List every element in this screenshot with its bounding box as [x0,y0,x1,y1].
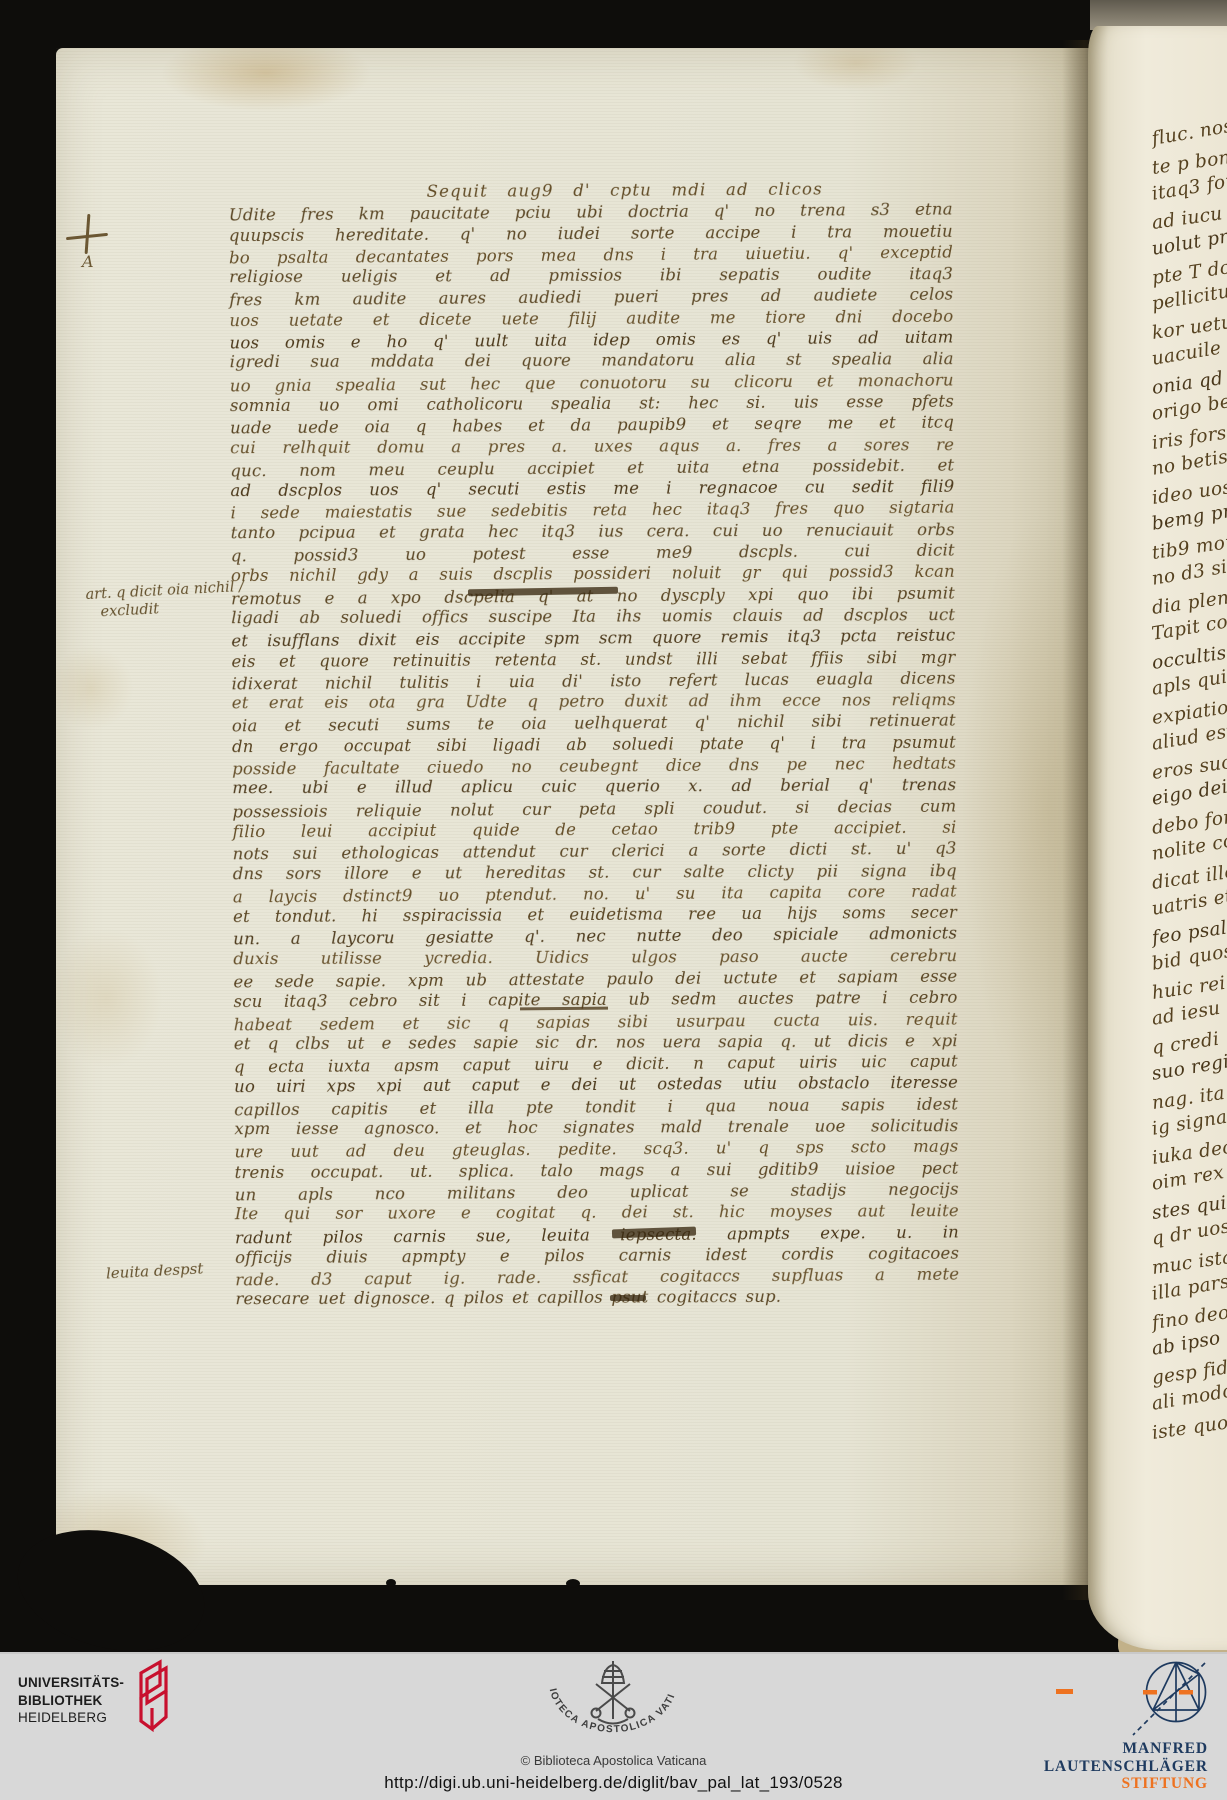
ub-line2: BIBLIOTHEK [18,1692,124,1710]
foundation-line2: LAUTENSCHLÄGER [1044,1758,1208,1776]
foundation-line3: STIFTUNG [1044,1775,1208,1793]
edge-speck [386,1579,396,1587]
ub-line3: HEIDELBERG [18,1709,124,1727]
ub-heidelberg-wordmark: UNIVERSITÄTS- BIBLIOTHEK HEIDELBERG [18,1674,124,1727]
manuscript-line: mee. ubi e illud aplicu cuic querio x. a… [232,774,956,798]
manuscript-line: resecare uet dignosce. q pilos et capill… [235,1285,959,1309]
torn-corner [5,1512,217,1670]
ub-heidelberg-logo-icon [120,1659,174,1735]
manuscript-line: Ite qui sor uxore e cogitat q. dei st. h… [235,1200,959,1224]
quire-letter: A [82,252,94,271]
manuscript-body: Udite fres km paucitate pciu ubi doctria… [229,199,960,1311]
scan-viewport: fluc. noste p bonoitaq3 forsad iucuuolut… [0,0,1227,1800]
foundation-line1: MANFRED [1044,1740,1208,1758]
ub-line1: UNIVERSITÄTS- [18,1674,124,1692]
cross-mark-icon [66,214,108,256]
foundation-dash-icon [1056,1689,1073,1694]
vatican-seal-icon: BIBLIOTECA APOSTOLICA VATICANA [538,1657,688,1751]
manuscript-line: dns sors illore e ut hereditas st. cur s… [233,860,957,884]
footer-credit-bar: UNIVERSITÄTS- BIBLIOTHEK HEIDELBERG BIBL… [0,1652,1227,1800]
foundation-logo-icon [1143,1660,1209,1726]
manuscript-text-block: Sequit aug9 d' cptu mdi ad clicos Udite … [229,178,960,1311]
ink-strikethrough [610,1295,646,1301]
edge-speck [566,1579,580,1588]
manuscript-line: igredi sua mddata dei quore mandatoru al… [230,348,954,372]
foundation-wordmark: MANFRED LAUTENSCHLÄGER STIFTUNG [1044,1740,1208,1793]
next-page-text: fluc. noste p bonoitaq3 forsad iucuuolut… [1152,126,1227,1446]
